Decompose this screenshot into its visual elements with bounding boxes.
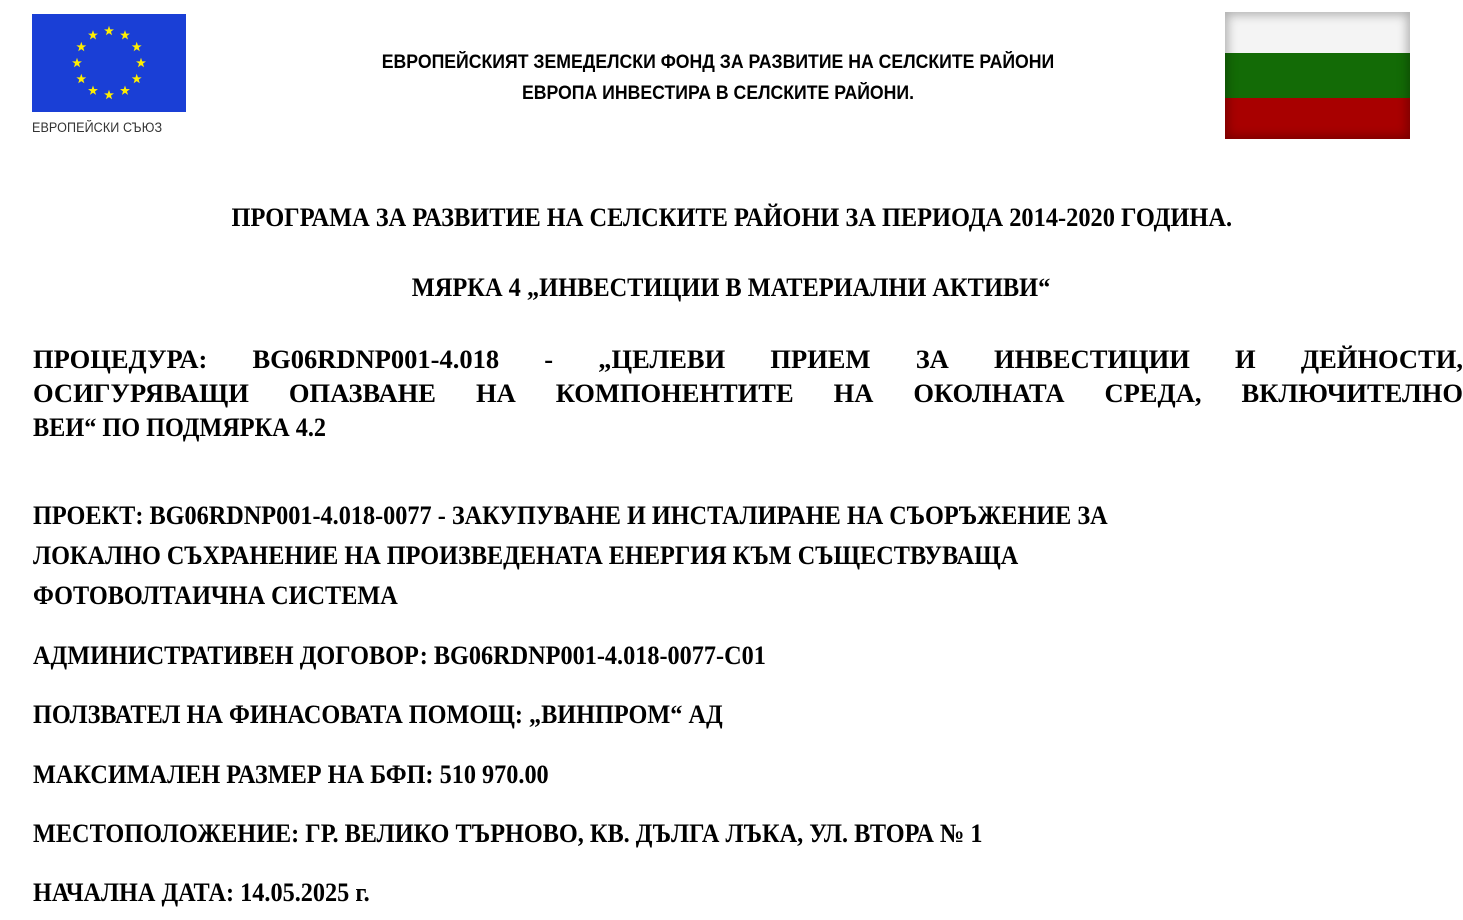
flag-stripe-red	[1225, 98, 1410, 139]
measure-heading: МЯРКА 4 „ИНВЕСТИЦИИ В МАТЕРИАЛНИ АКТИВИ“	[0, 272, 1463, 303]
procedure-word: ПРОЦЕДУРА:	[33, 342, 207, 376]
procedure-word: BG06RDNP001-4.018	[253, 342, 500, 376]
beneficiary-line: ПОЛЗВАТЕЛ НА ФИНАСОВАТА ПОМОЩ: „ВИНПРОМ“…	[33, 699, 723, 730]
eu-flag-logo	[32, 14, 186, 112]
fund-title: ЕВРОПЕЙСКИЯТ ЗЕМЕДЕЛСКИ ФОНД ЗА РАЗВИТИЕ…	[236, 47, 1199, 78]
procedure-block: ПРОЦЕДУРА:BG06RDNP001-4.018-„ЦЕЛЕВИПРИЕМ…	[33, 342, 1463, 444]
eu-caption: ЕВРОПЕЙСКИ СЪЮЗ	[32, 120, 162, 135]
procedure-word: НА	[476, 376, 516, 410]
eu-flag-icon	[32, 14, 186, 112]
max-grant-line: МАКСИМАЛЕН РАЗМЕР НА БФП: 510 970.00	[33, 759, 549, 790]
header-titles: ЕВРОПЕЙСКИЯТ ЗЕМЕДЕЛСКИ ФОНД ЗА РАЗВИТИЕ…	[200, 47, 1236, 109]
project-line-3: ФОТОВОЛТАИЧНА СИСТЕМА	[33, 580, 398, 611]
procedure-word: ВКЛЮЧИТЕЛНО	[1241, 376, 1463, 410]
location-line: МЕСТОПОЛОЖЕНИЕ: ГР. ВЕЛИКО ТЪРНОВО, КВ. …	[33, 818, 982, 849]
program-heading: ПРОГРАМА ЗА РАЗВИТИЕ НА СЕЛСКИТЕ РАЙОНИ …	[0, 202, 1463, 233]
program-text: ПРОГРАМА ЗА РАЗВИТИЕ НА СЕЛСКИТЕ РАЙОНИ …	[231, 202, 1232, 233]
procedure-word: ДЕЙНОСТИ,	[1301, 342, 1463, 376]
project-line-1: ПРОЕКТ: BG06RDNP001-4.018-0077 - ЗАКУПУВ…	[33, 500, 1108, 531]
procedure-word: ЗА	[916, 342, 949, 376]
procedure-word: ИНВЕСТИЦИИ	[994, 342, 1190, 376]
procedure-word: ОПАЗВАНЕ	[289, 376, 436, 410]
procedure-word: ПРИЕМ	[770, 342, 870, 376]
contract-line: АДМИНИСТРАТИВЕН ДОГОВОР: BG06RDNP001-4.0…	[33, 640, 766, 671]
flag-stripe-green	[1225, 53, 1410, 99]
start-date-line: НАЧАЛНА ДАТА: 14.05.2025 г.	[33, 877, 370, 908]
measure-text: МЯРКА 4 „ИНВЕСТИЦИИ В МАТЕРИАЛНИ АКТИВИ“	[412, 272, 1051, 303]
bulgarian-flag-icon	[1225, 12, 1410, 139]
procedure-word: ОКОЛНАТА	[913, 376, 1064, 410]
procedure-word: „ЦЕЛЕВИ	[598, 342, 725, 376]
procedure-line-3: ВЕИ“ ПО ПОДМЯРКА 4.2	[33, 410, 1341, 444]
procedure-word: -	[544, 342, 553, 376]
procedure-word: НА	[834, 376, 874, 410]
project-line-2: ЛОКАЛНО СЪХРАНЕНИЕ НА ПРОИЗВЕДЕНАТА ЕНЕР…	[33, 540, 1018, 571]
procedure-word: СРЕДА,	[1104, 376, 1201, 410]
procedure-word: ОСИГУРЯВАЩИ	[33, 376, 249, 410]
procedure-line-2: ОСИГУРЯВАЩИОПАЗВАНЕНАКОМПОНЕНТИТЕНАОКОЛН…	[33, 376, 1463, 410]
fund-slogan: ЕВРОПА ИНВЕСТИРА В СЕЛСКИТЕ РАЙОНИ.	[236, 78, 1199, 109]
procedure-word: И	[1235, 342, 1256, 376]
flag-stripe-white	[1225, 12, 1410, 53]
procedure-word: КОМПОНЕНТИТЕ	[556, 376, 794, 410]
procedure-line-1: ПРОЦЕДУРА:BG06RDNP001-4.018-„ЦЕЛЕВИПРИЕМ…	[33, 342, 1463, 376]
